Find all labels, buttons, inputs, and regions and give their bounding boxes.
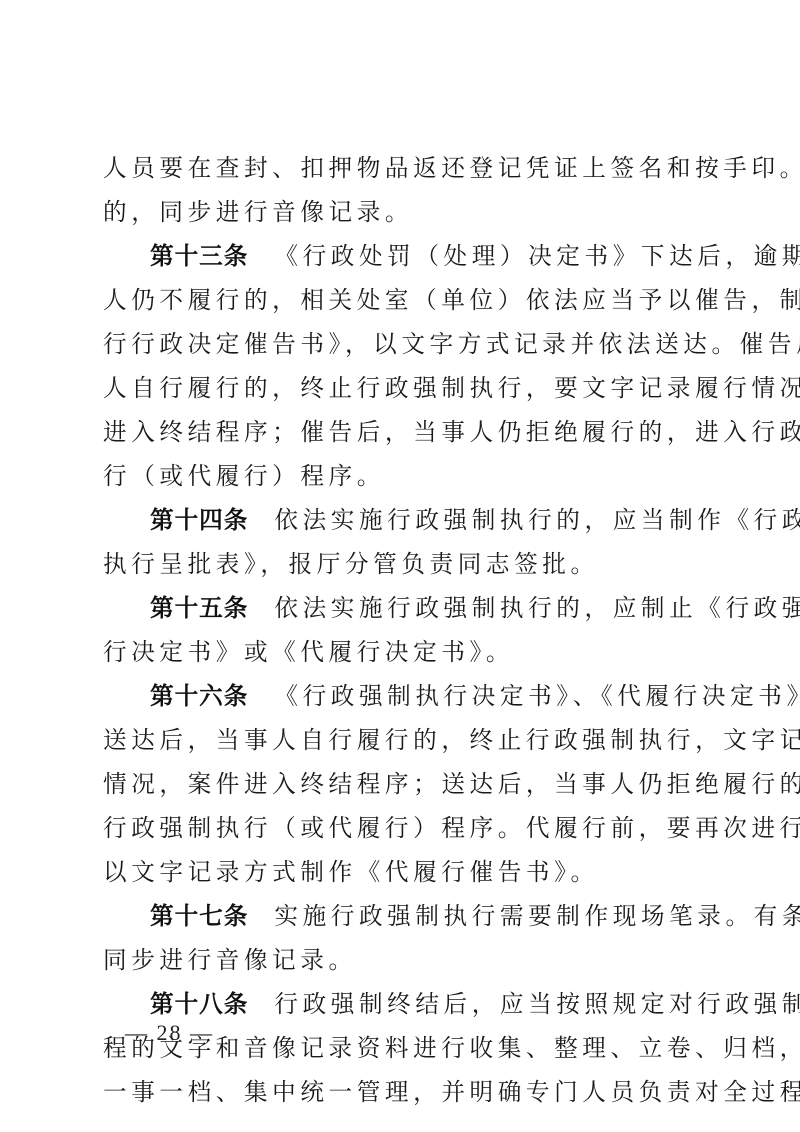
text-line: 行行政决定催告书》，以文字方式记录并依法送达。催告后，当事: [103, 322, 701, 366]
line-text: 人自行履行的，终止行政强制执行，要文字记录履行情况，案件: [103, 374, 800, 402]
line-text: 实施行政强制执行需要制作现场笔录。有条件的，: [274, 902, 800, 930]
line-text: 行（或代履行）程序。: [103, 462, 385, 490]
line-text: 依法实施行政强制执行的，应制止《行政强制执: [274, 594, 800, 622]
text-line: 行决定书》或《代履行决定书》。: [103, 630, 701, 674]
article-16-heading-line: 第十六条《行政强制执行决定书》、《代履行决定书》依法: [103, 674, 701, 718]
text-line: 人自行履行的，终止行政强制执行，要文字记录履行情况，案件: [103, 366, 701, 410]
line-text: 以文字记录方式制作《代履行催告书》。: [103, 858, 599, 886]
text-line: 同步进行音像记录。: [103, 938, 701, 982]
article-number: 第十七条: [150, 902, 248, 930]
article-number: 第十五条: [150, 594, 248, 622]
text-line: 的，同步进行音像记录。: [103, 190, 701, 234]
article-17-heading-line: 第十七条实施行政强制执行需要制作现场笔录。有条件的，: [103, 894, 701, 938]
document-body: 人员要在查封、扣押物品返还登记凭证上签名和按手印。有条件 的，同步进行音像记录。…: [103, 146, 701, 1114]
article-number: 第十八条: [150, 990, 248, 1018]
line-text: 行政强制终结后，应当按照规定对行政强制全过: [274, 990, 800, 1018]
line-text: 行决定书》或《代履行决定书》。: [103, 638, 514, 666]
text-line: 送达后，当事人自行履行的，终止行政强制执行，文字记录履行: [103, 718, 701, 762]
text-line: 人仍不履行的，相关处室（单位）依法应当予以催告，制作《履: [103, 278, 701, 322]
article-number: 第十六条: [150, 682, 248, 710]
line-text: 的，同步进行音像记录。: [103, 198, 413, 226]
text-line: 行政强制执行（或代履行）程序。代履行前，要再次进行催告，: [103, 806, 701, 850]
text-line: 进入终结程序；催告后，当事人仍拒绝履行的，进入行政强制执: [103, 410, 701, 454]
page-number: — 28 —: [125, 1020, 214, 1046]
line-text: 行政强制执行（或代履行）程序。代履行前，要再次进行催告，: [103, 814, 800, 842]
line-text: 情况，案件进入终结程序；送达后，当事人仍拒绝履行的，进入: [103, 770, 800, 798]
article-number: 第十三条: [150, 242, 248, 270]
line-text: 同步进行音像记录。: [103, 946, 357, 974]
article-13-heading-line: 第十三条《行政处罚（处理）决定书》下达后，逾期当事: [103, 234, 701, 278]
line-text: 《行政强制执行决定书》、《代履行决定书》依法: [274, 682, 800, 710]
line-text: 执行呈批表》，报厅分管负责同志签批。: [103, 550, 599, 578]
line-text: 依法实施行政强制执行的，应当制作《行政强制: [274, 506, 800, 534]
text-line: 情况，案件进入终结程序；送达后，当事人仍拒绝履行的，进入: [103, 762, 701, 806]
line-text: 行行政决定催告书》，以文字方式记录并依法送达。催告后，当事: [103, 330, 800, 358]
line-text: 人仍不履行的，相关处室（单位）依法应当予以催告，制作《履: [103, 286, 800, 314]
line-text: 送达后，当事人自行履行的，终止行政强制执行，文字记录履行: [103, 726, 800, 754]
text-line: 人员要在查封、扣押物品返还登记凭证上签名和按手印。有条件: [103, 146, 701, 190]
article-14-heading-line: 第十四条依法实施行政强制执行的，应当制作《行政强制: [103, 498, 701, 542]
line-text: 进入终结程序；催告后，当事人仍拒绝履行的，进入行政强制执: [103, 418, 800, 446]
text-line: 一事一档、集中统一管理，并明确专门人员负责对全过程记录文: [103, 1070, 701, 1114]
line-text: 《行政处罚（处理）决定书》下达后，逾期当事: [274, 242, 800, 270]
article-15-heading-line: 第十五条依法实施行政强制执行的，应制止《行政强制执: [103, 586, 701, 630]
article-number: 第十四条: [150, 506, 248, 534]
line-text: 人员要在查封、扣押物品返还登记凭证上签名和按手印。有条件: [103, 154, 800, 182]
text-line: 执行呈批表》，报厅分管负责同志签批。: [103, 542, 701, 586]
line-text: 一事一档、集中统一管理，并明确专门人员负责对全过程记录文: [103, 1078, 800, 1106]
text-line: 行（或代履行）程序。: [103, 454, 701, 498]
text-line: 以文字记录方式制作《代履行催告书》。: [103, 850, 701, 894]
